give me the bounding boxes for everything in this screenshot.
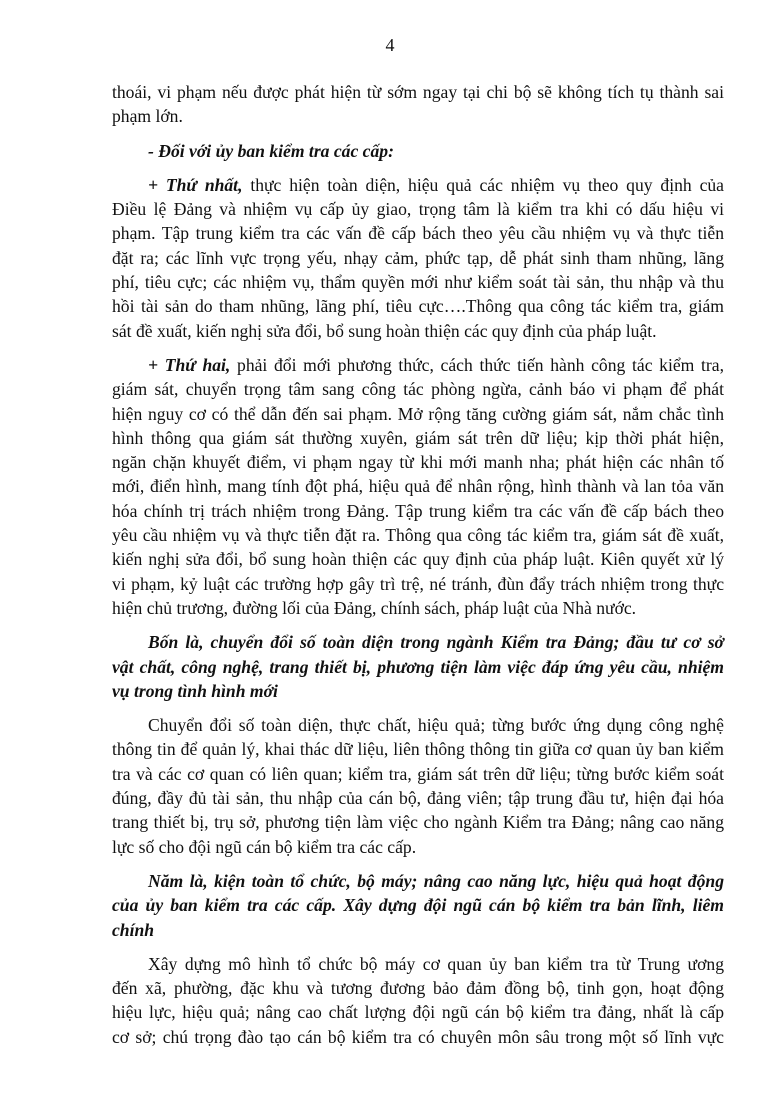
text-line: sát đề xuất, kiến nghị sửa đổi, bổ sung … bbox=[112, 319, 724, 343]
text-fragment: phải đổi mới phương thức, cách thức tiến… bbox=[230, 355, 724, 375]
heading-line: Năm là, kiện toàn tổ chức, bộ máy; nâng … bbox=[112, 869, 724, 893]
text-line: Chuyển đổi số toàn diện, thực chất, hiệu… bbox=[112, 713, 724, 737]
text-line: hiện chủ trương, đường lối của Đảng, chí… bbox=[112, 596, 724, 620]
page-number: 4 bbox=[0, 34, 780, 56]
paragraph-digital-transformation: Chuyển đổi số toàn diện, thực chất, hiệu… bbox=[112, 713, 724, 859]
section-heading-four: Bốn là, chuyển đổi số toàn diện trong ng… bbox=[112, 630, 724, 703]
text-line: hóa chính trị trách nhiệm trong Đảng. Tậ… bbox=[112, 499, 724, 523]
text-line: hình thông qua giám sát thường xuyên, gi… bbox=[112, 426, 724, 450]
paragraph-first-point: + Thứ nhất, thực hiện toàn diện, hiệu qu… bbox=[112, 173, 724, 343]
text-line: phí, tiêu cực; các nhiệm vụ, thẩm quyền … bbox=[112, 270, 724, 294]
heading-line: vật chất, công nghệ, trang thiết bị, phư… bbox=[112, 655, 724, 679]
document-body: thoái, vi phạm nếu được phát hiện từ sớm… bbox=[112, 80, 724, 1059]
text-line: đúng, đầy đủ tài sản, thu nhập của cán b… bbox=[112, 786, 724, 810]
text-line-lead: + Thứ nhất, thực hiện toàn diện, hiệu qu… bbox=[112, 173, 724, 197]
text-line: ngăn chặn khuyết điểm, vi phạm ngay từ k… bbox=[112, 450, 724, 474]
text-line: cơ sở; chú trọng đào tạo cán bộ kiểm tra… bbox=[112, 1025, 724, 1049]
paragraph-second-point: + Thứ hai, phải đổi mới phương thức, các… bbox=[112, 353, 724, 620]
text-line: thông tin để quản lý, khai thác dữ liệu,… bbox=[112, 737, 724, 761]
text-line: phạm lớn. bbox=[112, 104, 724, 128]
heading-line: chính bbox=[112, 918, 724, 942]
text-line: Xây dựng mô hình tổ chức bộ máy cơ quan … bbox=[112, 952, 724, 976]
section-heading-committees: - Đối với ủy ban kiểm tra các cấp: bbox=[112, 139, 724, 163]
text-line: đến xã, phường, đặc khu và tương đương b… bbox=[112, 976, 724, 1000]
text-line: hiệu lực, hiệu quả; nâng cao chất lượng … bbox=[112, 1000, 724, 1024]
text-line: phạm. Tập trung kiểm tra các vấn đề cấp … bbox=[112, 221, 724, 245]
text-line: vi phạm, kỷ luật các trường hợp gây trì … bbox=[112, 572, 724, 596]
paragraph-organization: Xây dựng mô hình tổ chức bộ máy cơ quan … bbox=[112, 952, 724, 1049]
text-line: mới, điển hình, mang tính đột phá, hiệu … bbox=[112, 474, 724, 498]
point-label: + Thứ nhất, bbox=[148, 175, 242, 195]
text-line: đặt ra; các lĩnh vực trọng yếu, nhạy cảm… bbox=[112, 246, 724, 270]
text-line: kiến nghị sửa đổi, bổ sung hoàn thiện cá… bbox=[112, 547, 724, 571]
text-line: lực số cho đội ngũ cán bộ kiểm tra các c… bbox=[112, 835, 724, 859]
text-line: yêu cầu nhiệm vụ và thực tiễn đặt ra. Th… bbox=[112, 523, 724, 547]
text-line: tra và các cơ quan có liên quan; kiểm tr… bbox=[112, 762, 724, 786]
heading-line: Bốn là, chuyển đổi số toàn diện trong ng… bbox=[112, 630, 724, 654]
text-line: Điều lệ Đảng và nhiệm vụ cấp ủy giao, tr… bbox=[112, 197, 724, 221]
section-heading-five: Năm là, kiện toàn tổ chức, bộ máy; nâng … bbox=[112, 869, 724, 942]
text-line-lead: + Thứ hai, phải đổi mới phương thức, các… bbox=[112, 353, 724, 377]
text-line: giám sát, chuyển trọng tâm sang công tác… bbox=[112, 377, 724, 401]
heading-line: - Đối với ủy ban kiểm tra các cấp: bbox=[112, 139, 724, 163]
point-label: + Thứ hai, bbox=[148, 355, 230, 375]
heading-line: của ủy ban kiểm tra các cấp. Xây dựng độ… bbox=[112, 893, 724, 917]
text-line: hồi tài sản do tham nhũng, lãng phí, tiê… bbox=[112, 294, 724, 318]
text-line: trang thiết bị, trụ sở, phương tiện làm … bbox=[112, 810, 724, 834]
text-fragment: thực hiện toàn diện, hiệu quả các nhiệm … bbox=[242, 175, 724, 195]
text-line: thoái, vi phạm nếu được phát hiện từ sớm… bbox=[112, 80, 724, 104]
paragraph-continuation: thoái, vi phạm nếu được phát hiện từ sớm… bbox=[112, 80, 724, 129]
text-line: hiện nguy cơ có thể dẫn đến sai phạm. Mở… bbox=[112, 402, 724, 426]
heading-line: vụ trong tình hình mới bbox=[112, 679, 724, 703]
